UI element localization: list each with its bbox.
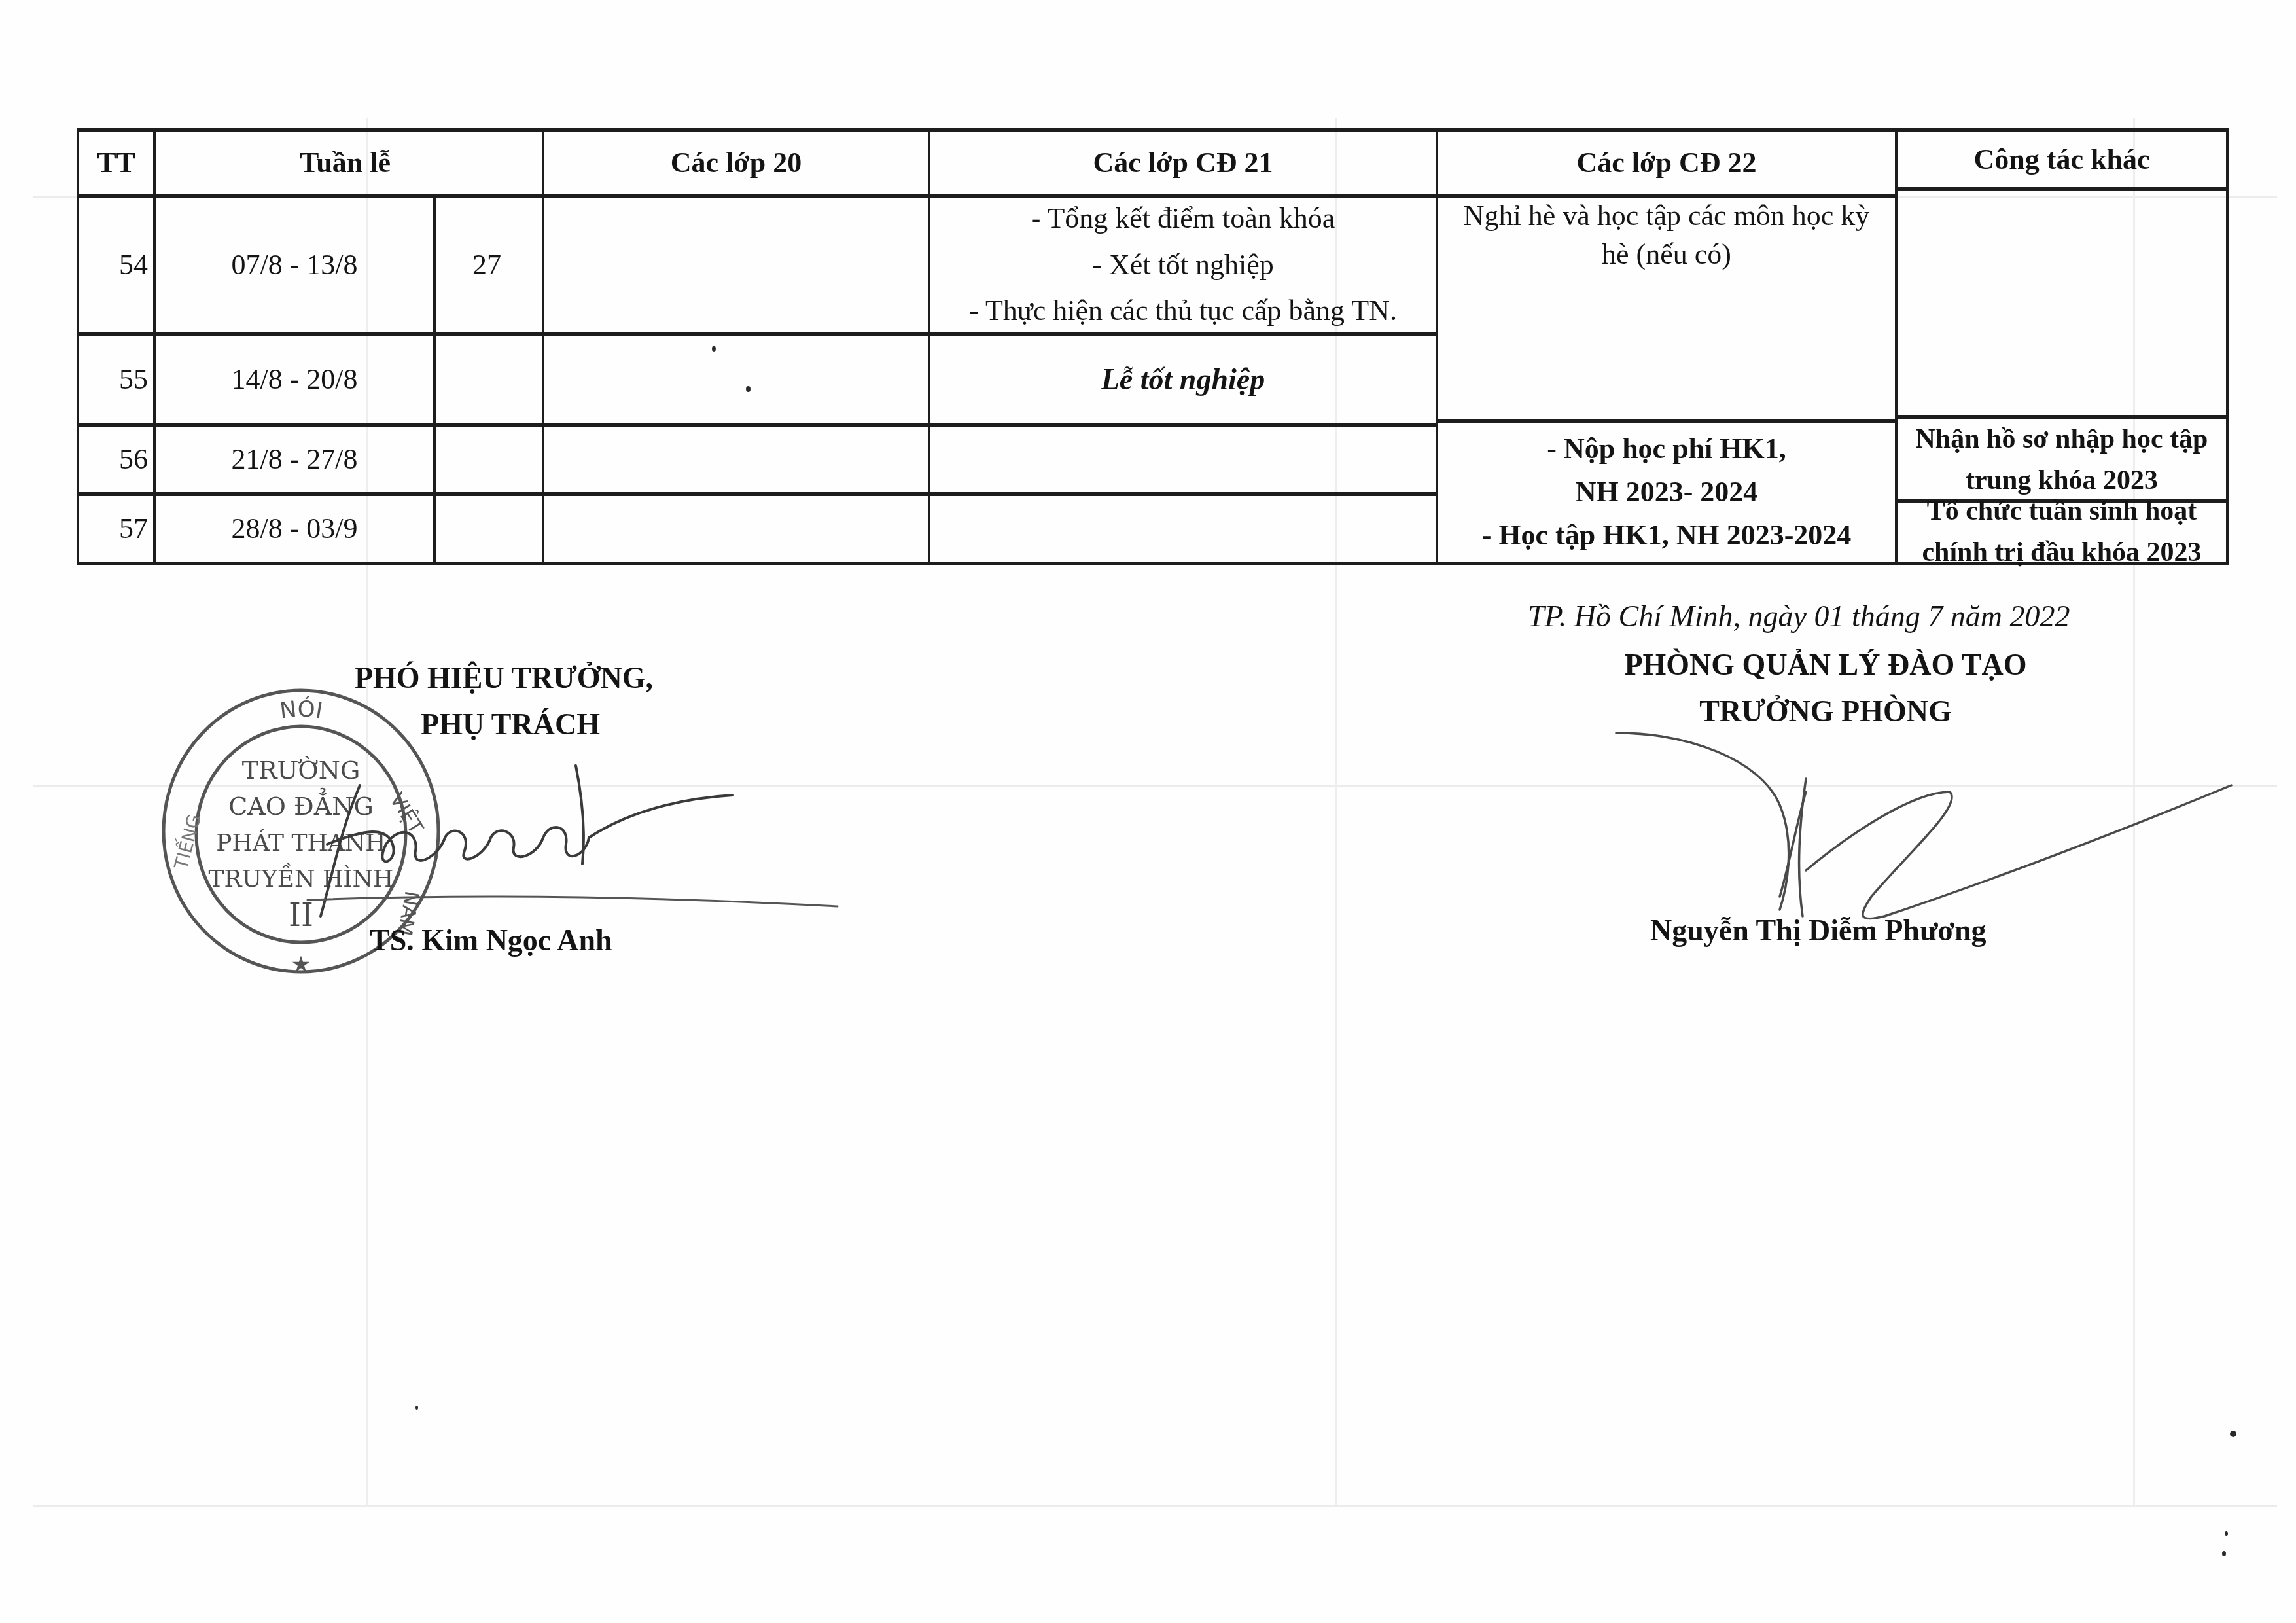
left-handwritten-signature [288,759,851,929]
row-55-week-number [436,336,542,423]
document-page: TT Tuần lễ Các lớp 20 Các lớp CĐ 21 Các … [0,0,2296,1623]
other-work-orientation: Tổ chức tuần sinh hoạt chính trị đầu khó… [1898,503,2226,562]
cd21-task-line: - Tổng kết điểm toàn khóa [1031,196,1335,241]
svg-text:NÓI: NÓI [279,696,325,724]
left-signatory-name: TS. Kim Ngọc Anh [370,923,612,957]
row-54-classes-20 [544,198,928,332]
other-work-row-54 [1898,191,2226,415]
row-54-week-number: 27 [436,198,542,332]
cd22-semester-line: - Học tập HK1, NH 2023-2024 [1482,514,1852,557]
row-56-classes-20 [544,427,928,492]
other-work-line: Tổ chức tuần sinh hoạt [1927,491,2197,532]
cd21-task-line: - Thực hiện các thủ tục cấp bằng TN. [969,288,1397,334]
scan-speck [415,1406,418,1410]
row-56-week-number [436,427,542,492]
row-57-week-number [436,496,542,562]
cd22-summer-line: hè (nếu có) [1602,235,1731,274]
row-56-cd21 [930,427,1436,492]
row-55-week: 14/8 - 20/8 [156,336,433,423]
row-57-tt: 57 [79,496,153,562]
scan-speck [712,346,716,352]
header-week: Tuần lễ [156,132,542,194]
header-classes-cd21: Các lớp CĐ 21 [930,132,1436,194]
svg-text:★: ★ [291,952,311,978]
cd22-semester-start: - Nộp học phí HK1, NH 2023- 2024 - Học t… [1438,423,1895,562]
header-tt: TT [79,132,153,194]
row-55-tt: 55 [79,336,153,423]
row-57-classes-20 [544,496,928,562]
department-name: PHÒNG QUẢN LÝ ĐÀO TẠO [1557,641,2094,688]
place-and-date: TP. Hồ Chí Minh, ngày 01 tháng 7 năm 202… [1528,599,2070,633]
row-57-cd21 [930,496,1436,562]
bleed-through-line [33,1505,2277,1507]
row-54-cd21: - Tổng kết điểm toàn khóa - Xét tốt nghi… [930,198,1436,332]
row-56-week: 21/8 - 27/8 [156,427,433,492]
row-55-classes-20 [544,336,928,423]
header-classes-20: Các lớp 20 [544,132,928,194]
other-work-enrollment: Nhận hồ sơ nhập học tập trung khóa 2023 [1898,419,2226,501]
row-54-week: 07/8 - 13/8 [156,198,433,332]
table-border-bottom [77,562,2228,565]
row-55-cd21-graduation: Lễ tốt nghiệp [930,336,1436,423]
header-other-work: Công tác khác [1898,132,2226,187]
right-handwritten-signature [1610,720,2238,936]
scan-speck [2230,1431,2236,1437]
scan-speck [2222,1551,2226,1556]
other-work-line: Nhận hồ sơ nhập học tập [1916,419,2208,460]
scan-speck [746,386,751,392]
row-57-week: 28/8 - 03/9 [156,496,433,562]
cd22-semester-line: NH 2023- 2024 [1576,471,1758,514]
other-work-line: chính trị đầu khóa 2023 [1922,532,2201,573]
cd22-semester-line: - Nộp học phí HK1, [1547,427,1786,471]
row-56-tt: 56 [79,427,153,492]
header-classes-cd22: Các lớp CĐ 22 [1438,132,1895,194]
scan-speck [2225,1531,2228,1536]
cd22-summer-break: Nghỉ hè và học tập các môn học kỳ hè (nế… [1438,196,1895,419]
cd21-task-line: - Xét tốt nghiệp [1092,242,1273,288]
cd22-summer-line: Nghỉ hè và học tập các môn học kỳ [1464,196,1870,235]
row-54-tt: 54 [79,198,153,332]
right-signatory-name: Nguyễn Thị Diễm Phương [1650,913,1987,948]
